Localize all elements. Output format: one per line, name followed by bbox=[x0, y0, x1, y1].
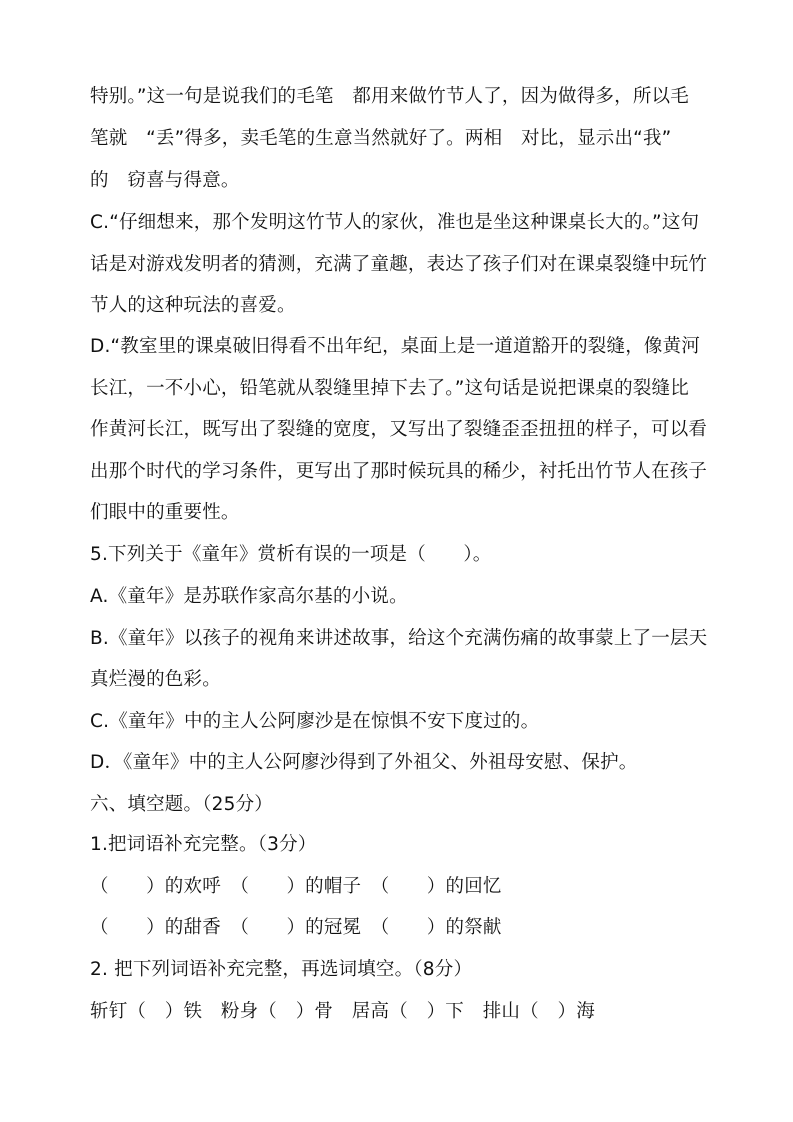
text-line-analysis-b-cont-3: 的 窃喜与得意。 bbox=[90, 169, 710, 193]
q5-option-c: C.《童年》中的主人公阿廖沙是在惊惧不安下度过的。 bbox=[90, 710, 710, 734]
fill-blanks-row-2: （ ）的甜香 （ ）的冠冕 （ ）的祭献 bbox=[90, 916, 710, 940]
q5-option-b-line-1: B.《童年》以孩子的视角来讲述故事，给这个充满伤痛的故事蒙上了一层天 bbox=[90, 627, 710, 651]
option-d-line-3: 作黄河长江，既写出了裂缝的宽度，又写出了裂缝歪歪扭扭的样子，可以看 bbox=[90, 418, 710, 442]
q5-option-d: D．《童年》中的主人公阿廖沙得到了外祖父、外祖母安慰、保护。 bbox=[90, 751, 710, 775]
question-5-stem: 5.下列关于《童年》赏析有误的一项是（ ）。 bbox=[90, 543, 710, 567]
document-page: 特别。”这一句是说我们的毛笔 都用来做竹节人了，因为做得多，所以毛 笔就 “丢”… bbox=[0, 0, 793, 1122]
option-d-line-5: 们眼中的重要性。 bbox=[90, 501, 710, 525]
text-line-analysis-b-cont-1: 特别。”这一句是说我们的毛笔 都用来做竹节人了，因为做得多，所以毛 bbox=[90, 85, 710, 109]
text-line-analysis-b-cont-2: 笔就 “丢”得多，卖毛笔的生意当然就好了。两相 对比，显示出“我” bbox=[90, 127, 710, 151]
option-d-line-4: 出那个时代的学习条件，更写出了那时候玩具的稀少，衬托出竹节人在孩子 bbox=[90, 460, 710, 484]
fill-question-1-stem: 1.把词语补充完整。（3分） bbox=[90, 833, 710, 857]
q5-option-b-line-2: 真烂漫的色彩。 bbox=[90, 668, 710, 692]
fill-question-2-stem: 2. 把下列词语补充完整，再选词填空。（8分） bbox=[90, 958, 710, 982]
option-c-line-2: 话是对游戏发明者的猜测，充满了童趣，表达了孩子们对在课桌裂缝中玩竹 bbox=[90, 253, 710, 277]
option-d-line-2: 长江，一不小心，铅笔就从裂缝里掉下去了。”这句话是说把课桌的裂缝比 bbox=[90, 377, 710, 401]
section-6-heading: 六、填空题。（25分） bbox=[90, 793, 710, 817]
idiom-blanks-row: 斩钉（ ）铁 粉身（ ）骨 居高（ ）下 排山（ ）海 bbox=[90, 1000, 710, 1024]
q5-option-a: A.《童年》是苏联作家高尔基的小说。 bbox=[90, 585, 710, 609]
option-c-line-1: C.“仔细想来，那个发明这竹节人的家伙，准也是坐这种课桌长大的。”这句 bbox=[90, 211, 710, 235]
option-c-line-3: 节人的这种玩法的喜爱。 bbox=[90, 294, 710, 318]
option-d-line-1: D.“教室里的课桌破旧得看不出年纪，桌面上是一道道豁开的裂缝，像黄河 bbox=[90, 335, 710, 359]
fill-blanks-row-1: （ ）的欢呼 （ ）的帽子 （ ）的回忆 bbox=[90, 875, 710, 899]
